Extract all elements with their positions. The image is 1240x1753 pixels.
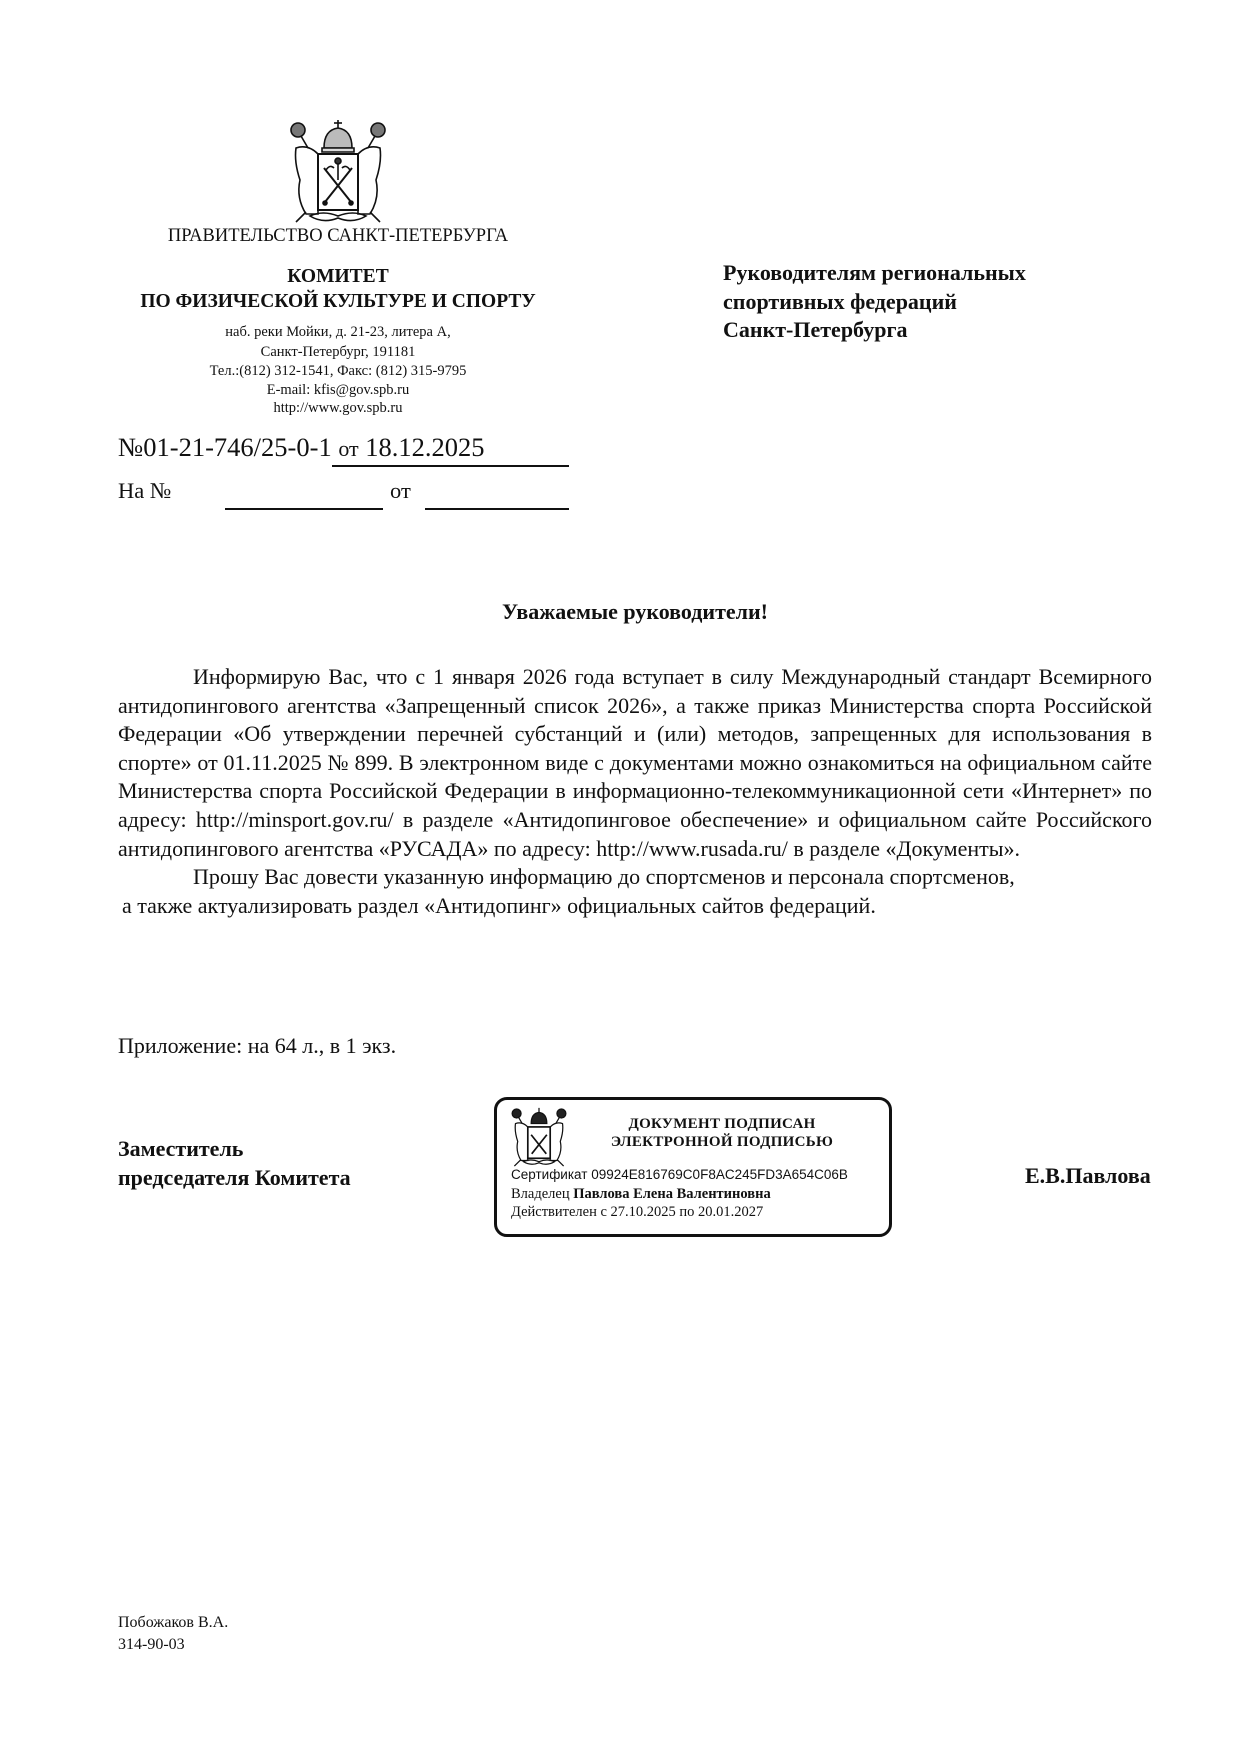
greeting: Уважаемые руководители! xyxy=(118,599,1152,625)
stamp-certificate: Сертификат 09924E816769C0F8AC245FD3A654C… xyxy=(511,1167,848,1182)
body-paragraph-2-line1: Прошу Вас довести указанную информацию д… xyxy=(193,864,1015,889)
registration-number: №01-21-746/25-0-1 от 18.12.2025 xyxy=(118,432,485,463)
address-website: http://www.gov.spb.ru xyxy=(140,399,536,418)
signer-position-line2: председателя Комитета xyxy=(118,1163,351,1192)
letter-body: Информирую Вас, что с 1 января 2026 года… xyxy=(118,663,1152,920)
stamp-coat-of-arms-icon xyxy=(511,1106,567,1168)
stamp-certificate-value: 09924E816769C0F8AC245FD3A654C06B xyxy=(591,1167,848,1182)
electronic-signature-stamp: ДОКУМЕНТ ПОДПИСАН ЭЛЕКТРОННОЙ ПОДПИСЬЮ С… xyxy=(494,1097,892,1237)
stamp-owner: Владелец Павлова Елена Валентиновна xyxy=(511,1186,771,1203)
committee-address: наб. реки Мойки, д. 21-23, литера А, Сан… xyxy=(140,322,536,418)
registration-ot: от xyxy=(338,436,358,461)
addressee-line2: спортивных федераций xyxy=(723,288,1026,317)
registration-underline xyxy=(332,465,569,467)
reply-date-field xyxy=(425,508,569,510)
reply-number-field xyxy=(225,508,383,510)
address-phone-fax: Тел.:(812) 312-1541, Факс: (812) 315-979… xyxy=(140,362,536,381)
executor: Побожаков В.А. 314-90-03 xyxy=(118,1612,228,1656)
committee-name: КОМИТЕТ ПО ФИЗИЧЕСКОЙ КУЛЬТУРЕ И СПОРТУ xyxy=(110,264,566,314)
address-street: наб. реки Мойки, д. 21-23, литера А, xyxy=(140,322,536,342)
registration-date: 18.12.2025 xyxy=(365,432,484,462)
stamp-validity: Действителен с 27.10.2025 по 20.01.2027 xyxy=(511,1204,763,1221)
stamp-title: ДОКУМЕНТ ПОДПИСАН ЭЛЕКТРОННОЙ ПОДПИСЬЮ xyxy=(567,1115,877,1151)
committee-name-line1: КОМИТЕТ xyxy=(110,264,566,289)
committee-name-line2: ПО ФИЗИЧЕСКОЙ КУЛЬТУРЕ И СПОРТУ xyxy=(110,289,566,314)
stamp-owner-name: Павлова Елена Валентиновна xyxy=(573,1186,771,1202)
addressee-line1: Руководителям региональных xyxy=(723,259,1026,288)
addressee: Руководителям региональных спортивных фе… xyxy=(723,259,1026,345)
address-city: Санкт-Петербург, 191181 xyxy=(140,342,536,362)
reply-date-label: от xyxy=(390,478,411,504)
addressee-line3: Санкт-Петербурга xyxy=(723,316,1026,345)
stamp-certificate-label: Сертификат xyxy=(511,1167,587,1182)
body-paragraph-2: Прошу Вас довести указанную информацию д… xyxy=(118,863,1152,920)
coat-of-arms-icon xyxy=(288,118,388,226)
registration-number-value: №01-21-746/25-0-1 xyxy=(118,432,332,462)
reply-number-label: На № xyxy=(118,478,171,504)
signer-position: Заместитель председателя Комитета xyxy=(118,1134,351,1192)
address-email: E-mail: kfis@gov.spb.ru xyxy=(140,381,536,400)
body-paragraph-1: Информирую Вас, что с 1 января 2026 года… xyxy=(118,663,1152,863)
stamp-title-line1: ДОКУМЕНТ ПОДПИСАН xyxy=(567,1115,877,1133)
government-title: ПРАВИТЕЛЬСТВО САНКТ-ПЕТЕРБУРГА xyxy=(110,226,566,247)
executor-phone: 314-90-03 xyxy=(118,1634,228,1656)
stamp-owner-label: Владелец xyxy=(511,1186,570,1202)
signer-position-line1: Заместитель xyxy=(118,1134,351,1163)
attachment-note: Приложение: на 64 л., в 1 экз. xyxy=(118,1033,396,1059)
body-paragraph-2-line2: а также актуализировать раздел «Антидопи… xyxy=(118,892,1152,921)
stamp-title-line2: ЭЛЕКТРОННОЙ ПОДПИСЬЮ xyxy=(567,1133,877,1151)
signer-name: Е.В.Павлова xyxy=(1025,1163,1151,1189)
executor-name: Побожаков В.А. xyxy=(118,1612,228,1634)
